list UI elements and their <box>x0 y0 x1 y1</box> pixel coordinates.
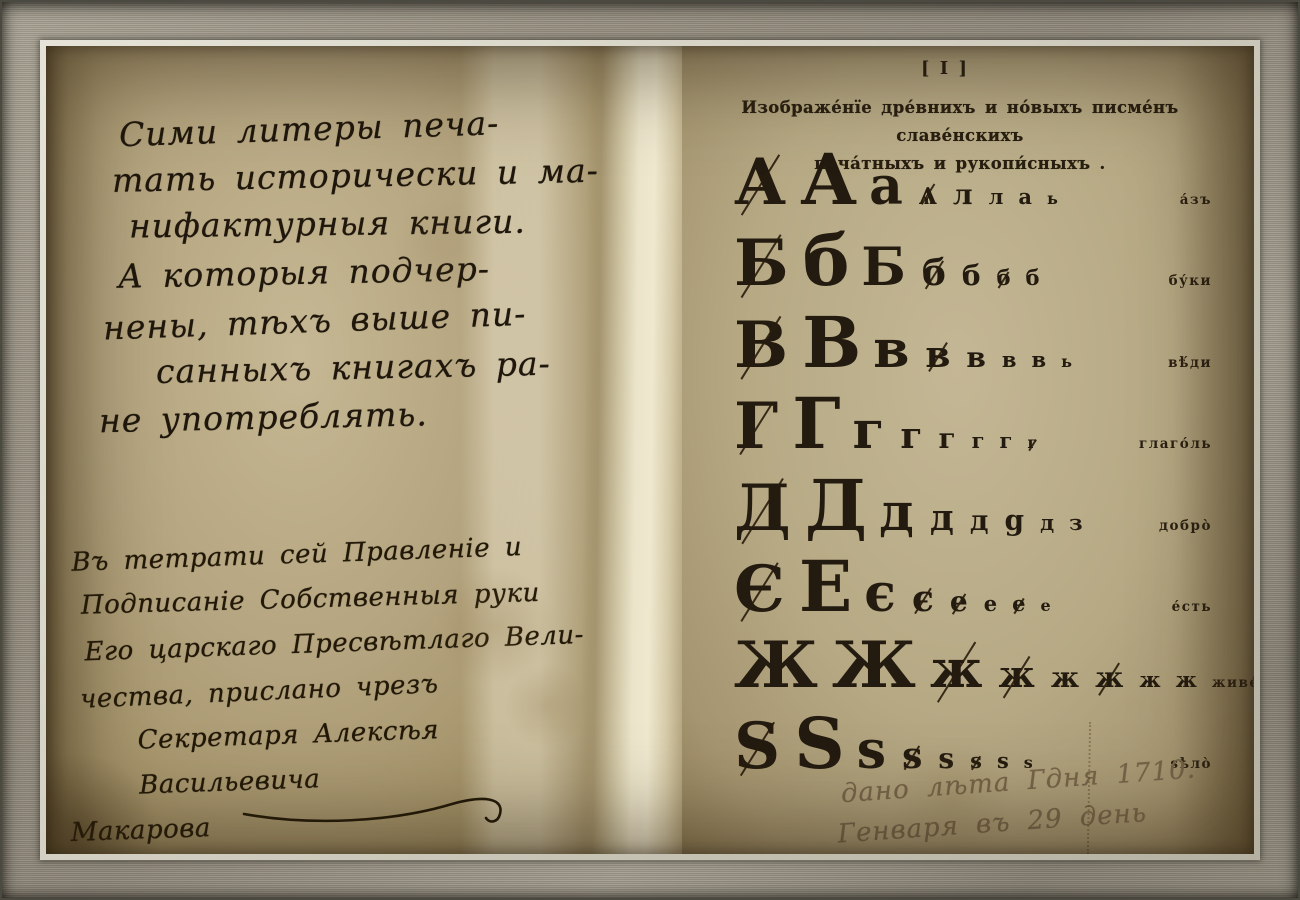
letter-glyph: Ж <box>734 637 818 695</box>
letter-name: глаго́ль <box>1120 436 1212 452</box>
letter-glyph: г <box>853 408 885 455</box>
letter-glyph: з <box>1069 514 1082 533</box>
letter-glyph: д <box>1040 514 1054 533</box>
letter-glyph: г <box>900 420 922 452</box>
letter-glyph: б <box>922 257 946 289</box>
docket-line: Секретаря Алексѣя Васильевича <box>137 703 590 809</box>
letter-glyph: А <box>734 154 786 212</box>
letter-name: живе́те <box>1212 675 1254 691</box>
letter-glyph: д <box>970 508 989 533</box>
letter-glyph: є <box>912 583 934 615</box>
letter-glyph: д <box>879 490 914 537</box>
letter-glyph: в <box>966 345 985 370</box>
letter-glyph: б <box>1026 269 1040 288</box>
letter-variants: ВВвввввь <box>734 311 1120 375</box>
letter-glyph: б <box>803 229 850 292</box>
letter-variants: БбБбббб <box>734 229 1120 293</box>
letter-glyph: ь <box>1061 355 1072 369</box>
letter-glyph: в <box>1031 351 1046 370</box>
letter-glyph: Д <box>805 474 867 537</box>
letter-variants: ЄЕєєееее <box>734 555 1120 619</box>
letter-variants: ЖЖжжжжжж <box>734 637 1212 695</box>
letter-glyph: s <box>857 728 886 775</box>
letter-glyph: е <box>950 589 968 614</box>
secretary-docket: Въ тетрати сей Правленіе иПодписаніе Соб… <box>61 523 592 854</box>
letter-glyph: В <box>802 311 861 374</box>
letter-name: е́сть <box>1120 599 1212 615</box>
letter-glyph: А <box>800 148 857 211</box>
letter-glyph: е <box>1040 599 1050 613</box>
alphabet-row: ДДдддgдз добро̀ <box>734 474 1212 538</box>
letter-variants: ДДдддgдз <box>734 474 1120 538</box>
letter-glyph: г <box>938 426 955 451</box>
letter-glyph: ж <box>1139 671 1160 690</box>
alphabet-row: ЄЕєєееее е́сть <box>734 555 1212 619</box>
letter-glyph: а <box>1018 188 1032 207</box>
letter-glyph: в <box>925 339 950 371</box>
alphabet-row: ЖЖжжжжжж живе́те <box>734 637 1212 695</box>
letter-name: добро̀ <box>1120 518 1212 534</box>
letter-glyph: є <box>864 571 896 618</box>
letter-glyph: Д <box>734 480 791 538</box>
letter-glyph: S <box>794 712 845 775</box>
letter-name: а́зъ <box>1120 192 1212 208</box>
letter-glyph: ж <box>1051 665 1079 690</box>
letter-glyph: б <box>962 263 981 288</box>
letter-glyph: Е <box>799 555 852 618</box>
alphabet-row: ААаѧллаь а́зъ <box>734 148 1212 212</box>
letter-name: вѣ́ди <box>1120 355 1212 371</box>
letter-glyph: е <box>984 595 997 614</box>
letter-glyph: В <box>734 317 788 375</box>
letter-glyph: Ж <box>832 637 916 695</box>
letter-glyph: Г <box>792 392 840 455</box>
letter-glyph: ж <box>1176 671 1197 690</box>
letter-glyph: g <box>1005 508 1025 533</box>
alphabet-row: ВВвввввь вѣ́ди <box>734 311 1212 375</box>
letter-glyph: л <box>989 188 1004 207</box>
letter-glyph: б <box>997 269 1011 288</box>
letter-glyph: в <box>1002 351 1017 370</box>
letter-glyph: Г <box>734 398 778 456</box>
letter-glyph: г <box>972 432 985 451</box>
alphabet-row: ГГгггггг глаго́ль <box>734 392 1212 456</box>
letter-glyph: Є <box>734 561 785 619</box>
letter-glyph: в <box>873 327 909 374</box>
letter-glyph: ж <box>1095 665 1123 690</box>
letter-glyph: ь <box>1047 192 1058 206</box>
letter-name: бу́ки <box>1120 273 1212 289</box>
letter-glyph: г <box>1027 436 1037 450</box>
page-title-line1: Изображе́нїе дре́внихъ и но́выхъ писме́н… <box>696 94 1224 150</box>
letter-glyph: д <box>930 502 954 534</box>
letter-glyph: Б <box>734 235 789 293</box>
letter-glyph: ж <box>998 659 1034 691</box>
folio-number: [ I ] <box>682 58 1208 79</box>
letter-glyph: а <box>869 164 903 211</box>
handwritten-note: Сими литеры печа-тать исторически и ма-н… <box>93 99 600 445</box>
letter-glyph: Ѕ <box>734 718 780 776</box>
letter-glyph: е <box>1012 595 1025 614</box>
alphabet-table: ААаѧллаь а́зъ БбБбббб бу́ки ВВвввввь вѣ́… <box>734 148 1212 776</box>
letter-glyph: Б <box>861 245 905 292</box>
letter-variants: ГГгггггг <box>734 392 1120 456</box>
letter-glyph: ж <box>930 647 983 694</box>
note-line: нифактурныя книги. <box>129 197 596 251</box>
alphabet-row: БбБбббб бу́ки <box>734 229 1212 293</box>
letter-glyph: г <box>1000 432 1013 451</box>
letter-glyph: л <box>953 182 973 207</box>
letter-variants: ААаѧллаь <box>734 148 1120 212</box>
letter-glyph: ѧ <box>919 176 937 208</box>
manuscript-photo: Сими литеры печа-тать исторически и ма-н… <box>46 46 1254 854</box>
